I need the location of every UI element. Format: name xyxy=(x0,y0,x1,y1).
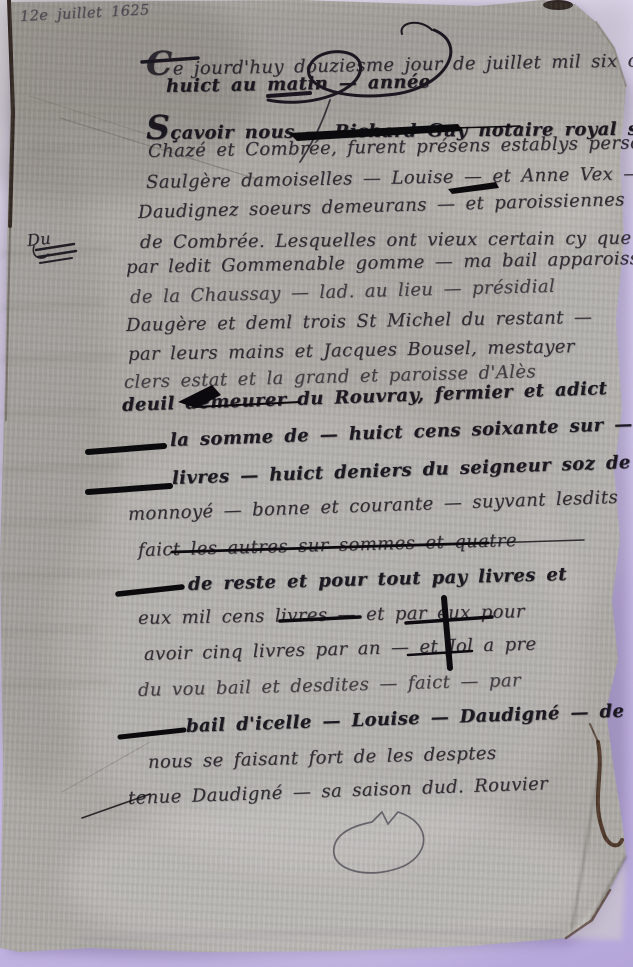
margin-note: Du xyxy=(26,229,52,250)
manuscript-photo: 12e juillet 1625 Du Ce jourd'huy douzies… xyxy=(0,0,633,967)
